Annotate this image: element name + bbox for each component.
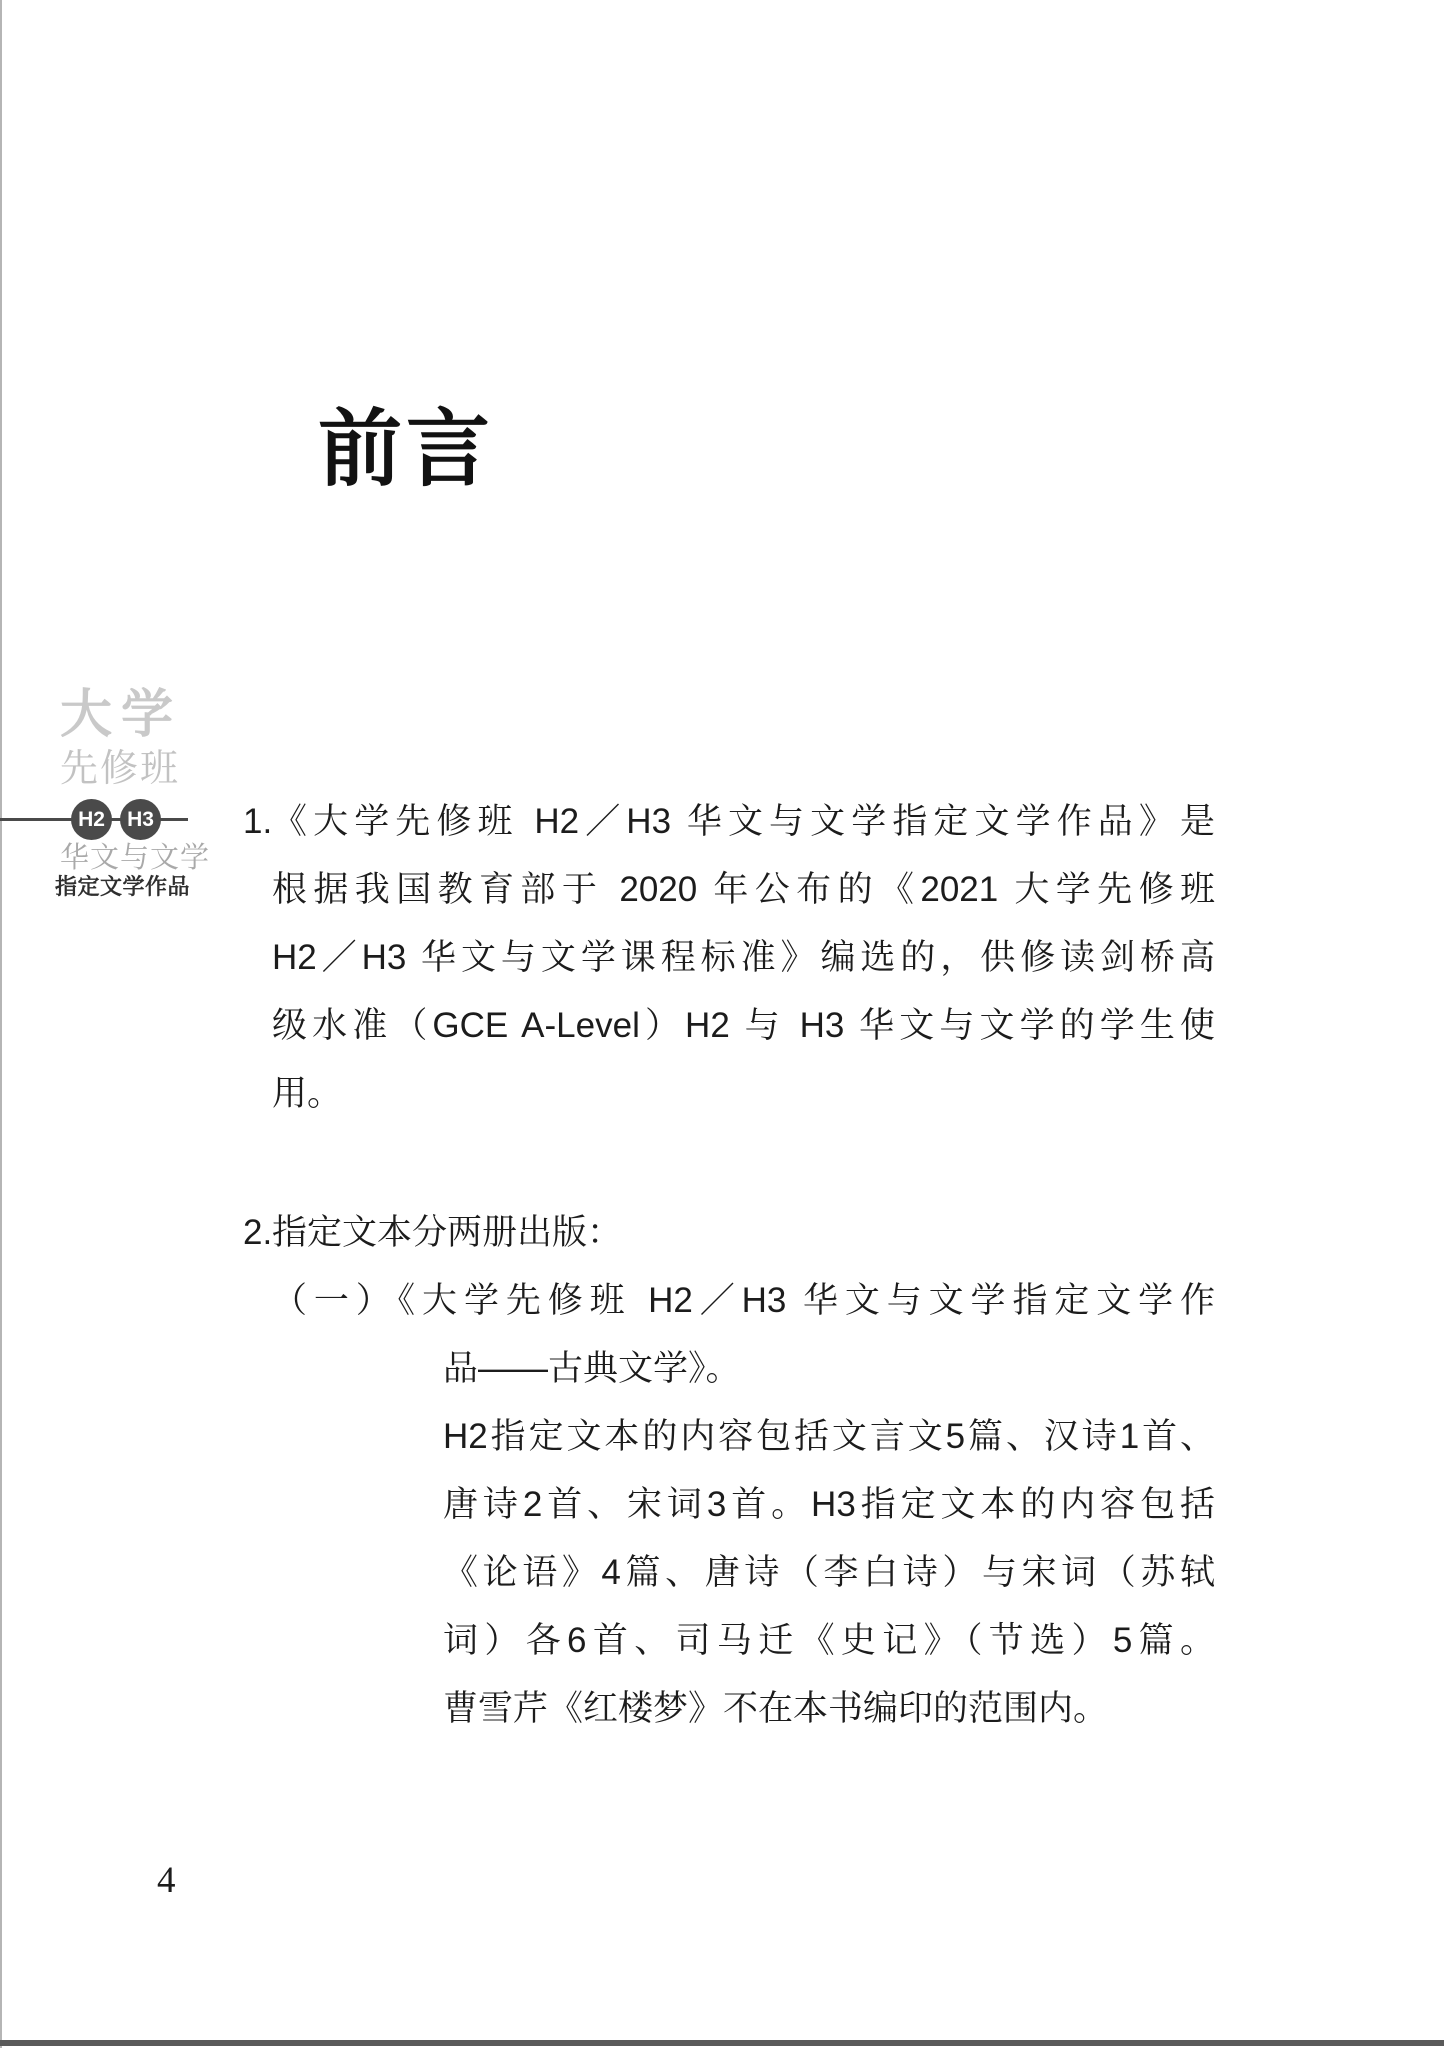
logo-text-daxue: 大学: [60, 689, 182, 741]
h3-badge: H3: [120, 799, 161, 840]
body-line: 用。: [272, 1070, 1215, 1117]
body-line: H2指定文本的内容包括文言文5篇、汉诗1首、: [443, 1413, 1215, 1460]
logo-text-huawenyuwenxue: 华文与文学: [60, 844, 210, 873]
scan-bottom-edge-line: [0, 2040, 1444, 2046]
page-title: 前言: [318, 403, 494, 500]
body-line: 唐诗2首、宋词3首。H3指定文本的内容包括: [443, 1481, 1215, 1528]
body-line: 指定文本分两册出版：: [272, 1209, 1215, 1256]
page-number: 4: [157, 1862, 176, 1899]
body-line: 级水准（GCE A-Level）H2 与 H3 华文与文学的学生使: [272, 1002, 1215, 1049]
h2-badge: H2: [71, 799, 112, 840]
logo-text-zhidingwenxuezuopin: 指定文学作品: [55, 876, 190, 898]
body-line: 曹雪芹《红楼梦》不在本书编印的范围内。: [443, 1685, 1215, 1732]
body-line: 《论语》4篇、唐诗（李白诗）与宋词（苏轼: [443, 1549, 1215, 1596]
body-line: 词）各6首、司马迁《史记》（节选）5篇。: [443, 1617, 1215, 1664]
body-line: 《大学先修班 H2／H3 华文与文学指定文学作品》是: [272, 798, 1215, 845]
body-line: H2／H3 华文与文学课程标准》编选的，供修读剑桥高: [272, 934, 1215, 981]
body-line: （一）《大学先修班 H2／H3 华文与文学指定文学作: [272, 1277, 1215, 1324]
logo-text-xianxiuban: 先修班: [60, 750, 180, 788]
scan-left-edge-line: [0, 0, 2, 2048]
body-line: 根据我国教育部于 2020 年公布的《2021 大学先修班: [272, 866, 1215, 913]
book-page: 前言 大学 先修班 H2 H3 华文与文学 指定文学作品 1. 《大学先修班 H…: [0, 0, 1444, 2048]
body-line: 品——古典文学》。: [443, 1345, 1215, 1392]
